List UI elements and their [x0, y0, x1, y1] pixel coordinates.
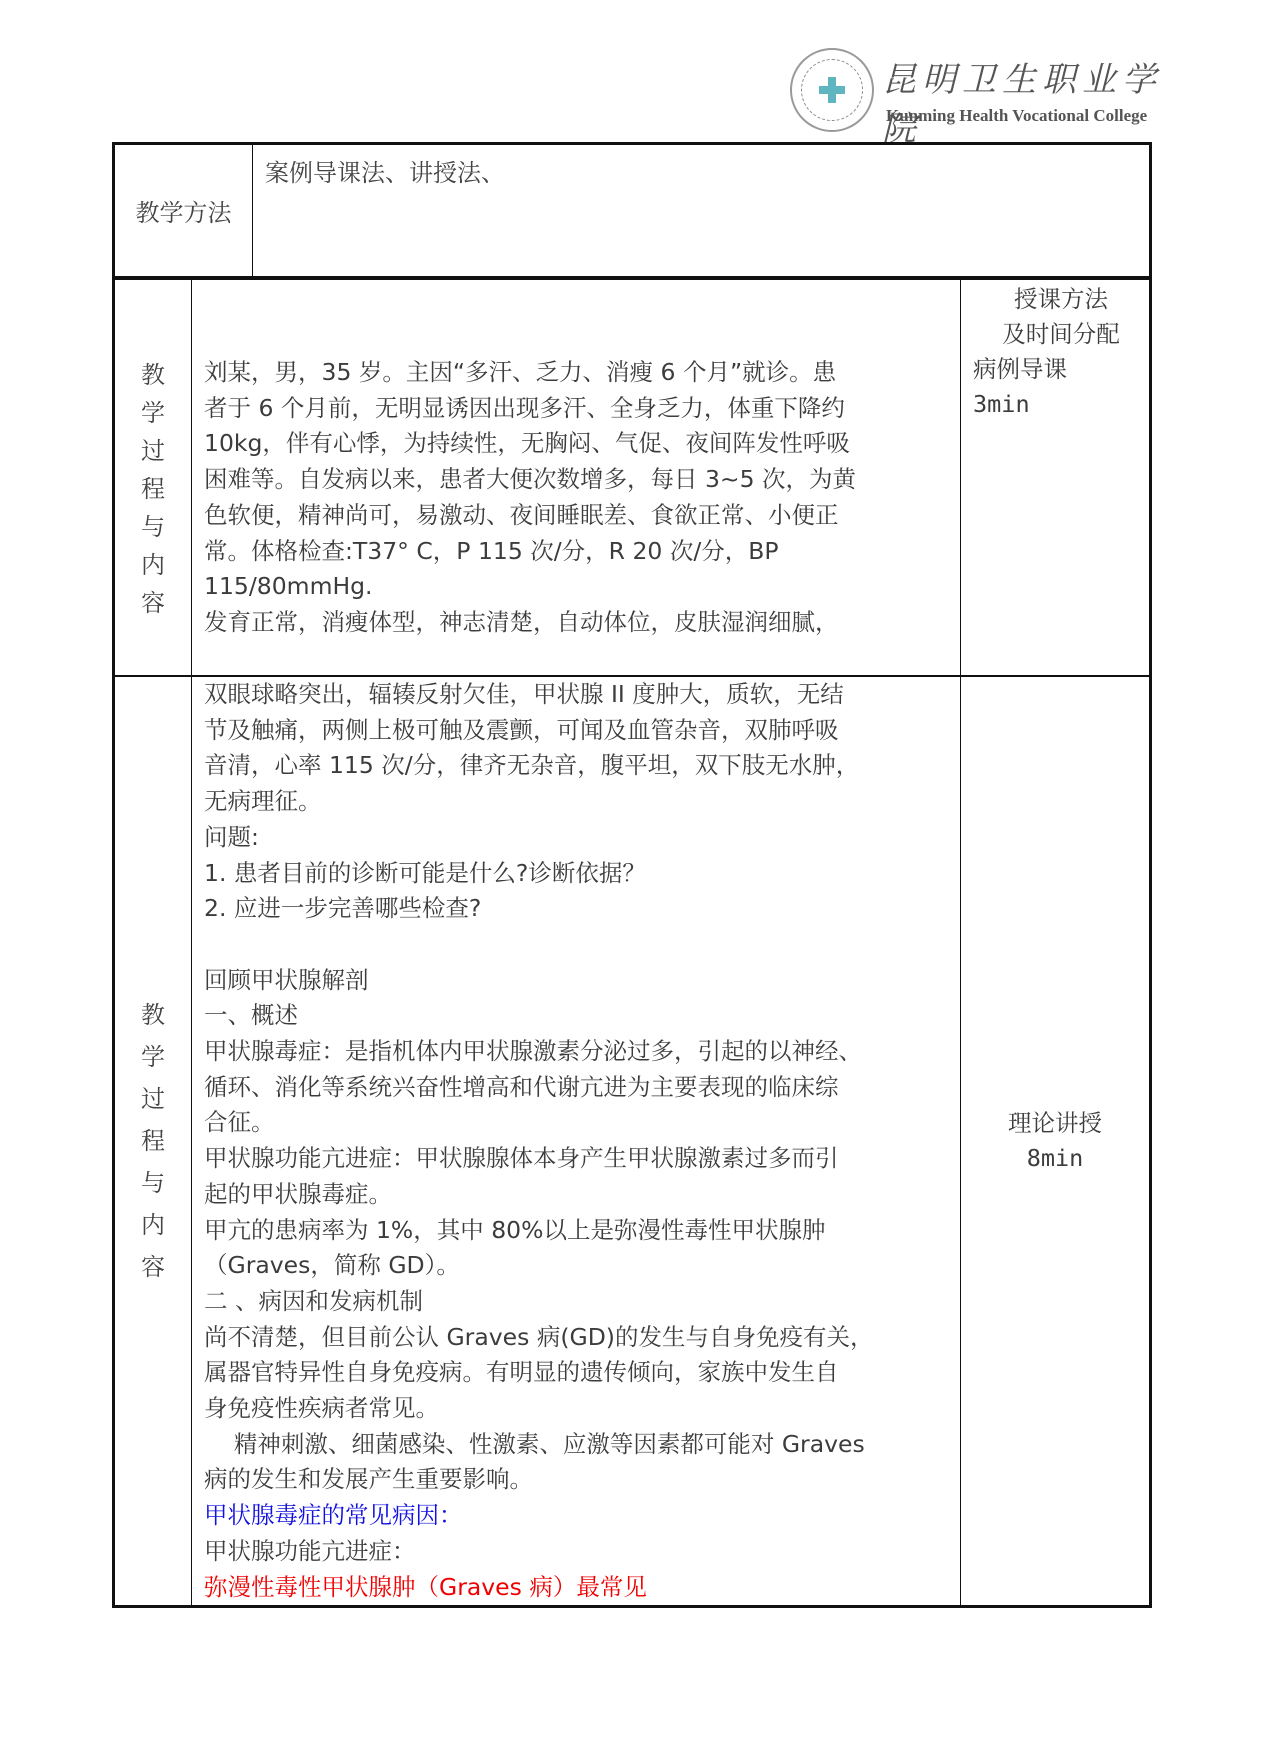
section-label-char: 容 [115, 1246, 191, 1288]
lecture-content: 双眼球略突出，辐辏反射欠佳，甲状腺 II 度肿大，质软，无结 节及触痛，两侧上极… [192, 677, 960, 1605]
text-line: 节及触痛，两侧上极可触及震颤，可闻及血管杂音，双肺呼吸 [204, 713, 954, 749]
text-line: 甲状腺功能亢进症：甲状腺腺体本身产生甲状腺激素过多而引 [204, 1141, 954, 1177]
section-label-char: 学 [115, 1036, 191, 1078]
section-label-char: 内 [115, 546, 191, 584]
text-line: 常。体格检查:T37° C，P 115 次/分，R 20 次/分，BP 115/… [204, 534, 954, 605]
section-heading: 一、概述 [204, 998, 954, 1034]
college-logo: 昆明卫生职业学院 Kunming Health Vocational Colle… [790, 48, 1180, 134]
section-label-vertical: 教 学 过 程 与 内 容 [115, 994, 191, 1288]
teaching-method-value-cell: 案例导课法、讲授法、 [253, 144, 1151, 278]
questions-heading: 问题: [204, 820, 954, 856]
section-label-char: 教 [115, 356, 191, 394]
section-label-char: 容 [115, 584, 191, 622]
teaching-method-value: 案例导课法、讲授法、 [265, 159, 505, 187]
text-line: 甲状腺毒症：是指机体内甲状腺激素分泌过多，引起的以神经、 [204, 1034, 954, 1070]
method-time-info: 理论讲授 8min [961, 1106, 1149, 1176]
process-table-part2: 教 学 过 程 与 内 容 双眼球略突出，辐辏反射欠佳，甲状腺 II 度肿大，质… [112, 676, 1152, 1608]
case-description: 刘某，男，35 岁。主因“多汗、乏力、消瘦 6 个月”就诊。患 者于 6 个月前… [192, 280, 960, 641]
time-allocation: 3min [973, 387, 1149, 422]
teaching-method-name: 理论讲授 [961, 1106, 1149, 1141]
text-line: 发育正常，消瘦体型，神志清楚，自动体位，皮肤湿润细腻， [204, 605, 954, 641]
text-line: 困难等。自发病以来，患者大便次数增多，每日 3~5 次，为黄 [204, 462, 954, 498]
teaching-method-name: 病例导课 [973, 352, 1149, 387]
section-label-char: 过 [115, 432, 191, 470]
text-line: 属器官特异性自身免疫病。有明显的遗传倾向，家族中发生自 [204, 1355, 954, 1391]
text-line: 精神刺激、细菌感染、性激素、应激等因素都可能对 Graves [204, 1427, 954, 1463]
method-time-header: 及时间分配 [973, 317, 1149, 352]
section-label-char: 与 [115, 508, 191, 546]
question-item: 1. 患者目前的诊断可能是什么?诊断依据？ [204, 856, 954, 892]
method-time-info: 授课方法 及时间分配 病例导课 3min [961, 280, 1149, 422]
teaching-method-label: 教学方法 [136, 199, 232, 227]
text-line: 合征。 [204, 1105, 954, 1141]
teaching-method-label-cell: 教学方法 [114, 144, 253, 278]
highlighted-heading-blue: 甲状腺毒症的常见病因： [204, 1498, 954, 1534]
section-label-char: 内 [115, 1204, 191, 1246]
section-label-char: 过 [115, 1078, 191, 1120]
section-label-vertical: 教 学 过 程 与 内 容 [115, 280, 191, 622]
text-line: 循环、消化等系统兴奋性增高和代谢亢进为主要表现的临床综 [204, 1070, 954, 1106]
case-content-cell: 刘某，男，35 岁。主因“多汗、乏力、消瘦 6 个月”就诊。患 者于 6 个月前… [192, 280, 961, 676]
text-line: 双眼球略突出，辐辏反射欠佳，甲状腺 II 度肿大，质软，无结 [204, 677, 954, 713]
section-label-cell: 教 学 过 程 与 内 容 [114, 280, 192, 676]
teaching-method-table: 教学方法 案例导课法、讲授法、 [112, 142, 1152, 279]
section-label-char: 与 [115, 1162, 191, 1204]
text-line: 甲亢的患病率为 1%，其中 80%以上是弥漫性毒性甲状腺肿 [204, 1213, 954, 1249]
lecture-content-cell: 双眼球略突出，辐辏反射欠佳，甲状腺 II 度肿大，质软，无结 节及触痛，两侧上极… [192, 677, 961, 1607]
text-line: 病的发生和发展产生重要影响。 [204, 1462, 954, 1498]
section-label-char: 教 [115, 994, 191, 1036]
section-label-char: 学 [115, 394, 191, 432]
text-line: 色软便，精神尚可，易激动、夜间睡眠差、食欲正常、小便正 [204, 498, 954, 534]
medical-cross-icon [819, 77, 845, 103]
text-line: （Graves，简称 GD）。 [204, 1248, 954, 1284]
blank-line [204, 927, 954, 963]
text-line: 无病理征。 [204, 784, 954, 820]
logo-english-name: Kunming Health Vocational College [886, 106, 1147, 126]
text-line: 10kg，伴有心悸，为持续性，无胸闷、气促、夜间阵发性呼吸 [204, 426, 954, 462]
method-time-cell: 授课方法 及时间分配 病例导课 3min [961, 280, 1151, 676]
question-item: 2. 应进一步完善哪些检查? [204, 891, 954, 927]
text-line: 音清，心率 115 次/分，律齐无杂音，腹平坦，双下肢无水肿， [204, 748, 954, 784]
section-heading: 二 、病因和发病机制 [204, 1284, 954, 1320]
text-line: 尚不清楚，但目前公认 Graves 病(GD)的发生与自身免疫有关， [204, 1320, 954, 1356]
text-line: 刘某，男，35 岁。主因“多汗、乏力、消瘦 6 个月”就诊。患 [204, 355, 954, 391]
logo-chinese-name: 昆明卫生职业学院 [882, 52, 1180, 150]
method-time-cell: 理论讲授 8min [961, 677, 1151, 1607]
section-label-char: 程 [115, 1120, 191, 1162]
section-label-char: 程 [115, 470, 191, 508]
text-line: 身免疫性疾病者常见。 [204, 1391, 954, 1427]
text-line: 起的甲状腺毒症。 [204, 1177, 954, 1213]
text-line: 甲状腺功能亢进症： [204, 1534, 954, 1570]
section-label-cell: 教 学 过 程 与 内 容 [114, 677, 192, 1607]
section-heading: 回顾甲状腺解剖 [204, 963, 954, 999]
text-line: 者于 6 个月前，无明显诱因出现多汗、全身乏力，体重下降约 [204, 391, 954, 427]
college-seal-icon [790, 48, 874, 132]
process-table-part1: 教 学 过 程 与 内 容 刘某，男，35 岁。主因“多汗、乏力、消瘦 6 个月… [112, 279, 1152, 676]
method-time-header: 授课方法 [973, 282, 1149, 317]
time-allocation: 8min [961, 1141, 1149, 1176]
highlighted-text-red: 弥漫性毒性甲状腺肿（Graves 病）最常见 [204, 1570, 954, 1606]
